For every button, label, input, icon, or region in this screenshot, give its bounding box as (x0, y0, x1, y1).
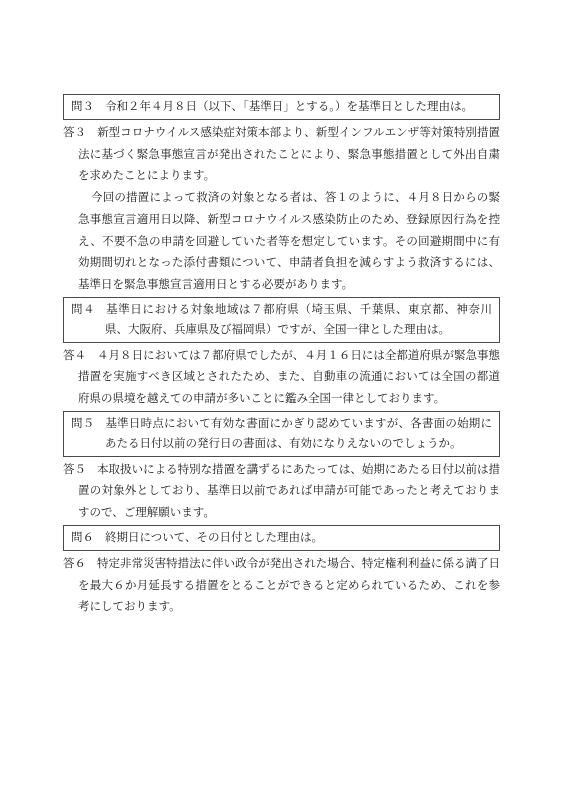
question-text-5: 基準日時点において有効な書面にかぎり認めていますが、各書面の始期にあたる日付以前… (105, 418, 492, 450)
answer-block-3: 答３新型コロナウイルス感染症対策本部より、新型インフルエンザ等対策特別措置法に基… (63, 123, 500, 297)
document-page: 問３令和２年４月８日（以下、「基準日」とする。）を基準日とした理由は。 答３新型… (0, 0, 566, 800)
question-text-6: 終期日について、その日付とした理由は。 (105, 532, 323, 544)
qa-section-5: 問５基準日時点において有効な書面にかぎり認めていますが、各書面の始期にあたる日付… (63, 411, 500, 525)
answer-paragraph: 答４４月８日においては７都府県でしたが、４月１６日には全都道府県が緊急事態措置を… (63, 346, 500, 411)
question-6: 問６終期日について、その日付とした理由は。 (71, 528, 492, 548)
question-label-5: 問５ (71, 418, 94, 430)
question-label-4: 問４ (71, 304, 95, 316)
answer-label-3: 答３ (63, 127, 86, 139)
qa-section-6: 問６終期日について、その日付とした理由は。 答６特定非常災害特措法に伴い政令が発… (63, 525, 500, 619)
question-label-6: 問６ (71, 532, 94, 544)
qa-section-3: 問３令和２年４月８日（以下、「基準日」とする。）を基準日とした理由は。 答３新型… (63, 94, 500, 297)
answer-text-6: 特定非常災害特措法に伴い政令が発出された場合、特定権利利益に係る満了日を最大６か… (78, 558, 500, 613)
answer-label-6: 答６ (63, 558, 86, 570)
qa-section-4: 問４基準日における対象地域は７都府県（埼玉県、千葉県、東京都、神奈川県、大阪府、… (63, 297, 500, 411)
faq-content: 問３令和２年４月８日（以下、「基準日」とする。）を基準日とした理由は。 答３新型… (63, 94, 500, 619)
answer-block-5: 答５本取扱いによる特別な措置を講ずるにあたっては、始期にあたる日付以前は措置の対… (63, 460, 500, 525)
question-box-5: 問５基準日時点において有効な書面にかぎり認めていますが、各書面の始期にあたる日付… (63, 411, 500, 457)
answer-paragraph: 答３新型コロナウイルス感染症対策本部より、新型インフルエンザ等対策特別措置法に基… (63, 123, 500, 188)
question-box-4: 問４基準日における対象地域は７都府県（埼玉県、千葉県、東京都、神奈川県、大阪府、… (63, 297, 500, 343)
answer-label-4: 答４ (63, 350, 86, 362)
answer-paragraph: 答６特定非常災害特措法に伴い政令が発出された場合、特定権利利益に係る満了日を最大… (63, 554, 500, 619)
answer-block-6: 答６特定非常災害特措法に伴い政令が発出された場合、特定権利利益に係る満了日を最大… (63, 554, 500, 619)
answer-paragraph: 今回の措置によって救済の対象となる者は、答１のように、４月８日からの緊急事態宣言… (63, 188, 500, 297)
question-box-3: 問３令和２年４月８日（以下、「基準日」とする。）を基準日とした理由は。 (63, 94, 500, 120)
question-3: 問３令和２年４月８日（以下、「基準日」とする。）を基準日とした理由は。 (71, 97, 492, 117)
question-label-3: 問３ (71, 101, 94, 113)
question-text-4: 基準日における対象地域は７都府県（埼玉県、千葉県、東京都、神奈川県、大阪府、兵庫… (105, 304, 492, 336)
question-4: 問４基準日における対象地域は７都府県（埼玉県、千葉県、東京都、神奈川県、大阪府、… (71, 300, 492, 340)
question-box-6: 問６終期日について、その日付とした理由は。 (63, 525, 500, 551)
question-5: 問５基準日時点において有効な書面にかぎり認めていますが、各書面の始期にあたる日付… (71, 414, 492, 454)
answer-label-5: 答５ (63, 464, 86, 476)
answer-text-3: 新型コロナウイルス感染症対策本部より、新型インフルエンザ等対策特別措置法に基づく… (78, 127, 500, 182)
answer-text-4: ４月８日においては７都府県でしたが、４月１６日には全都道府県が緊急事態措置を実施… (78, 350, 500, 405)
answer-paragraph: 答５本取扱いによる特別な措置を講ずるにあたっては、始期にあたる日付以前は措置の対… (63, 460, 500, 525)
question-text-3: 令和２年４月８日（以下、「基準日」とする。）を基準日とした理由は。 (105, 101, 473, 113)
answer-text-5: 本取扱いによる特別な措置を講ずるにあたっては、始期にあたる日付以前は措置の対象外… (78, 464, 500, 519)
answer-block-4: 答４４月８日においては７都府県でしたが、４月１６日には全都道府県が緊急事態措置を… (63, 346, 500, 411)
